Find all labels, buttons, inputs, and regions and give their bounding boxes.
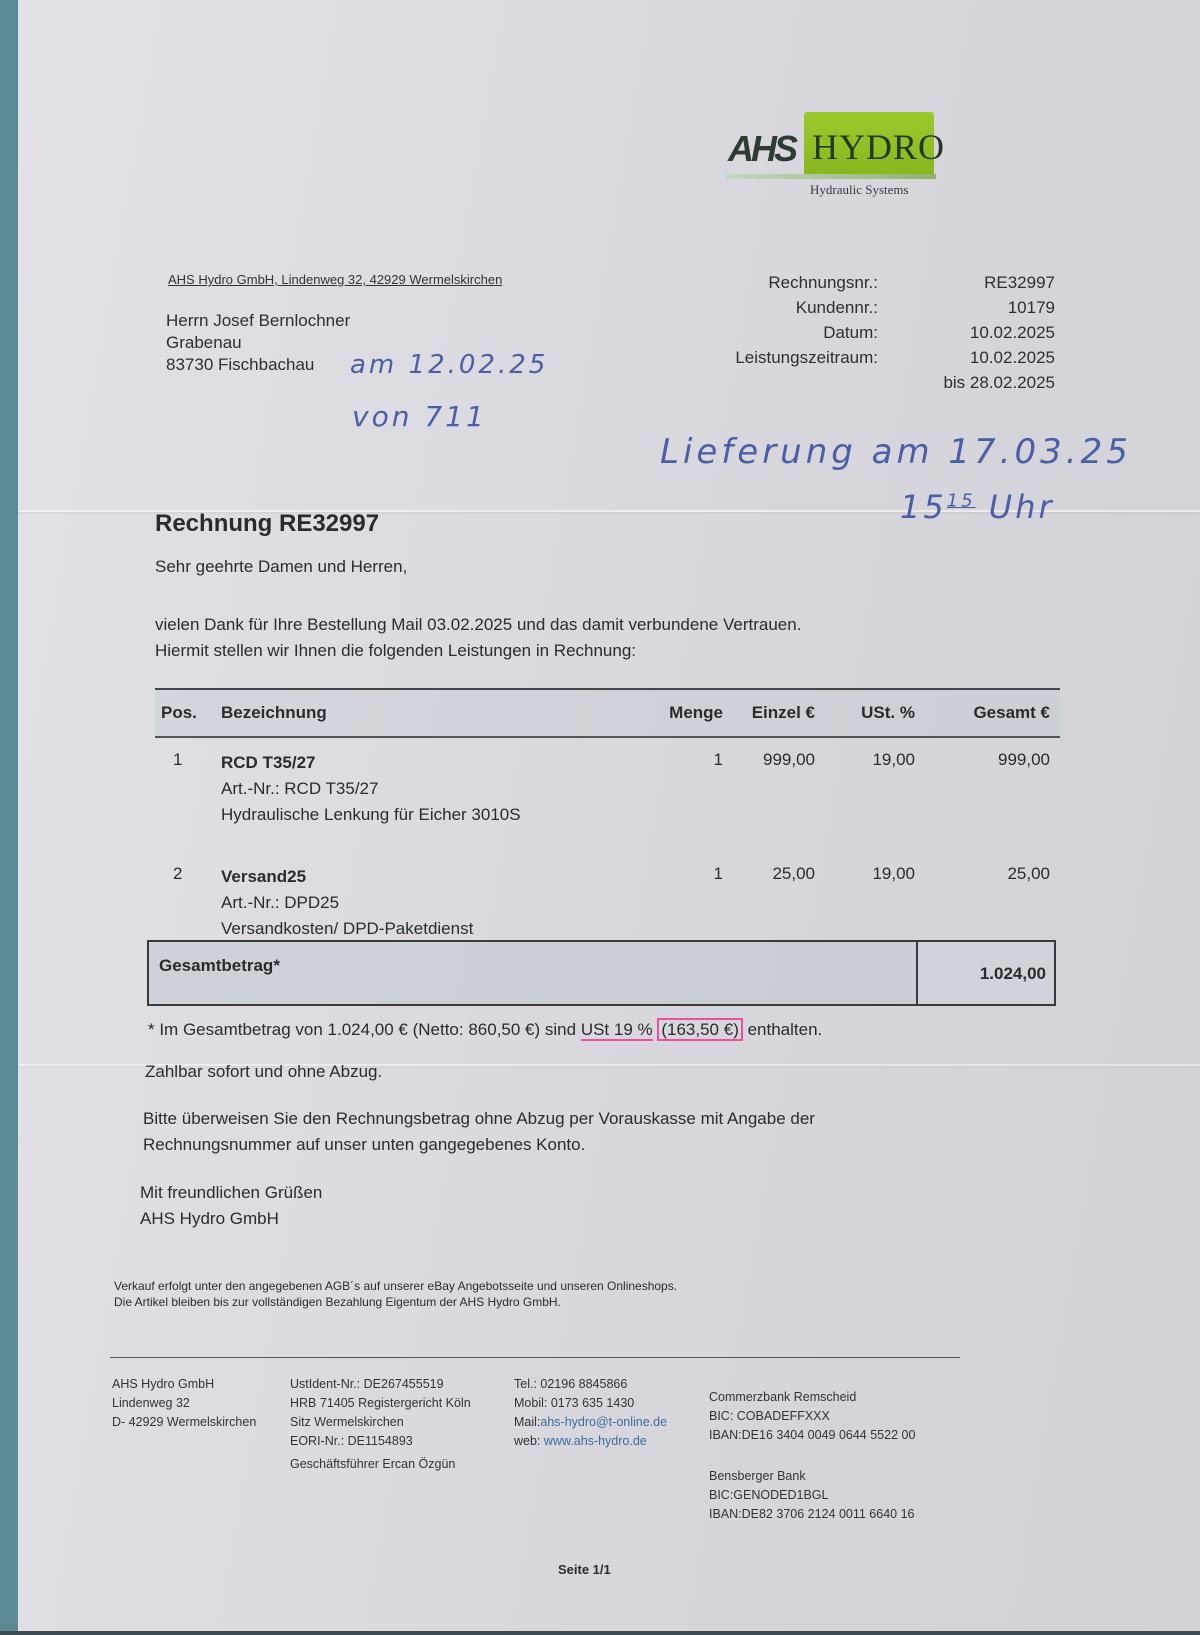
item-detail: Hydraulische Lenkung für Eicher 3010S	[221, 802, 643, 828]
cell-pos: 1	[155, 750, 221, 838]
cell-pos: 2	[155, 864, 221, 952]
header-ust: USt. %	[815, 703, 915, 723]
meta-value: 10179	[878, 295, 1055, 320]
footer-line: Sitz Wermelskirchen	[290, 1413, 471, 1432]
tax-note-suffix: enthalten.	[743, 1020, 822, 1039]
item-name: Versand25	[221, 864, 643, 890]
meta-row: bis 28.02.2025	[700, 370, 1055, 395]
recipient-city: 83730 Fischbachau	[166, 354, 350, 376]
web-label: web:	[514, 1434, 544, 1448]
recipient-address: Herrn Josef Bernlochner Grabenau 83730 F…	[166, 310, 350, 376]
item-name: RCD T35/27	[221, 750, 643, 776]
footer-line: Geschäftsführer Ercan Özgün	[290, 1455, 471, 1474]
meta-value: 10.02.2025	[878, 345, 1055, 370]
footer-line: IBAN:DE16 3404 0049 0644 5522 00	[709, 1426, 915, 1445]
intro-text: vielen Dank für Ihre Bestellung Mail 03.…	[155, 612, 801, 664]
time-suffix: Uhr	[989, 488, 1055, 526]
table-surface-edge	[0, 1631, 1200, 1635]
web-link[interactable]: www.ahs-hydro.de	[544, 1434, 647, 1448]
logo-tagline: Hydraulic Systems	[810, 182, 909, 198]
footer-address: AHS Hydro GmbH Lindenweg 32 D- 42929 Wer…	[112, 1375, 256, 1432]
footer-line: BIC: COBADEFFXXX	[709, 1407, 915, 1426]
header-gesamt: Gesamt €	[915, 703, 1060, 723]
footer-registration: UstIdent-Nr.: DE267455519 HRB 71405 Regi…	[290, 1375, 471, 1474]
time-minute: 15	[947, 490, 976, 511]
footer-line: EORI-Nr.: DE1154893	[290, 1432, 471, 1451]
table-row: 1 RCD T35/27 Art.-Nr.: RCD T35/27 Hydrau…	[155, 738, 1060, 838]
footer-line: UstIdent-Nr.: DE267455519	[290, 1375, 471, 1394]
handwritten-note-date: am 12.02.25	[350, 350, 548, 380]
footer-line: HRB 71405 Registergericht Köln	[290, 1394, 471, 1413]
terms-line: Verkauf erfolgt unter den angegebenen AG…	[114, 1278, 677, 1294]
cell-ust: 19,00	[815, 750, 915, 838]
cell-menge: 1	[643, 750, 723, 838]
tax-amount-highlight: (163,50 €)	[657, 1018, 743, 1041]
cell-einzel: 999,00	[723, 750, 815, 838]
handwritten-note-time: 1515 Uhr	[900, 488, 1055, 526]
meta-label: Kundennr.:	[700, 295, 878, 320]
sender-address-line: AHS Hydro GmbH, Lindenweg 32, 42929 Werm…	[168, 272, 502, 287]
recipient-name: Herrn Josef Bernlochner	[166, 310, 350, 332]
page-number: Seite 1/1	[558, 1562, 611, 1577]
footer-contact: Tel.: 02196 8845866 Mobil: 0173 635 1430…	[514, 1375, 667, 1451]
header-pos: Pos.	[155, 703, 221, 723]
total-value: 1.024,00	[916, 942, 1054, 1004]
closing-company: AHS Hydro GmbH	[140, 1206, 322, 1232]
payment-terms: Zahlbar sofort und ohne Abzug.	[145, 1062, 382, 1082]
cell-gesamt: 999,00	[915, 750, 1060, 838]
meta-value: 10.02.2025	[878, 320, 1055, 345]
meta-value: bis 28.02.2025	[878, 370, 1055, 395]
item-art-nr: Art.-Nr.: DPD25	[221, 890, 643, 916]
footer-tel: Tel.: 02196 8845866	[514, 1375, 667, 1394]
handwritten-note-from: von 711	[352, 400, 487, 433]
payment-line: Rechnungsnummer auf unser unten gangegeb…	[143, 1132, 815, 1158]
company-logo: AHS HYDRO Hydraulic Systems	[726, 112, 936, 198]
footer-bank: Commerzbank Remscheid BIC: COBADEFFXXX I…	[709, 1388, 915, 1524]
meta-row: Rechnungsnr.:RE32997	[700, 270, 1055, 295]
logo-brand: HYDRO	[812, 126, 945, 168]
payment-instructions: Bitte überweisen Sie den Rechnungsbetrag…	[143, 1106, 815, 1158]
cell-gesamt: 25,00	[915, 864, 1060, 952]
item-art-nr: Art.-Nr.: RCD T35/27	[221, 776, 643, 802]
payment-line: Bitte überweisen Sie den Rechnungsbetrag…	[143, 1106, 815, 1132]
footer-mobil: Mobil: 0173 635 1430	[514, 1394, 667, 1413]
mail-label: Mail:	[514, 1415, 540, 1429]
total-box: Gesamtbetrag* 1.024,00	[147, 940, 1056, 1006]
header-desc: Bezeichnung	[221, 703, 643, 723]
footer-divider	[110, 1357, 960, 1358]
invoice-title: Rechnung RE32997	[155, 510, 379, 538]
table-row: 2 Versand25 Art.-Nr.: DPD25 Versandkoste…	[155, 852, 1060, 952]
closing-salutation: Mit freundlichen Grüßen	[140, 1180, 322, 1206]
footer-line: AHS Hydro GmbH	[112, 1375, 256, 1394]
greeting: Sehr geehrte Damen und Herren,	[155, 557, 407, 577]
meta-label	[700, 370, 878, 395]
table-header: Pos. Bezeichnung Menge Einzel € USt. % G…	[155, 688, 1060, 738]
header-menge: Menge	[643, 703, 723, 723]
footer-web: web: www.ahs-hydro.de	[514, 1432, 667, 1451]
recipient-street: Grabenau	[166, 332, 350, 354]
footer-line: Lindenweg 32	[112, 1394, 256, 1413]
footer-line: Bensberger Bank	[709, 1467, 915, 1486]
footer-mail: Mail:ahs-hydro@t-online.de	[514, 1413, 667, 1432]
footer-line: BIC:GENODED1BGL	[709, 1486, 915, 1505]
logo-underline	[726, 174, 936, 179]
logo-mark: AHS	[728, 128, 795, 170]
tax-rate-highlight: USt 19 %	[581, 1020, 653, 1041]
cell-einzel: 25,00	[723, 864, 815, 952]
terms-line: Die Artikel bleiben bis zur vollständige…	[114, 1294, 677, 1310]
meta-row: Datum:10.02.2025	[700, 320, 1055, 345]
meta-value: RE32997	[878, 270, 1055, 295]
tax-note-prefix: * Im Gesamtbetrag von 1.024,00 € (Netto:…	[148, 1020, 581, 1039]
terms-note: Verkauf erfolgt unter den angegebenen AG…	[114, 1278, 677, 1310]
intro-line: Hiermit stellen wir Ihnen die folgenden …	[155, 638, 801, 664]
intro-line: vielen Dank für Ihre Bestellung Mail 03.…	[155, 612, 801, 638]
line-items-table: Pos. Bezeichnung Menge Einzel € USt. % G…	[155, 688, 1060, 952]
handwritten-note-delivery: Lieferung am 17.03.25	[660, 432, 1132, 472]
closing: Mit freundlichen Grüßen AHS Hydro GmbH	[140, 1180, 322, 1232]
meta-label: Rechnungsnr.:	[700, 270, 878, 295]
spacer	[709, 1445, 915, 1467]
mail-link[interactable]: ahs-hydro@t-online.de	[540, 1415, 667, 1429]
invoice-meta: Rechnungsnr.:RE32997 Kundennr.:10179 Dat…	[700, 270, 1055, 395]
cell-desc: Versand25 Art.-Nr.: DPD25 Versandkosten/…	[221, 864, 643, 952]
total-label: Gesamtbetrag*	[149, 942, 916, 1004]
meta-row: Kundennr.:10179	[700, 295, 1055, 320]
item-detail: Versandkosten/ DPD-Paketdienst	[221, 916, 643, 942]
time-hour: 15	[900, 488, 947, 526]
footer-line: IBAN:DE82 3706 2124 0011 6640 16	[709, 1505, 915, 1524]
meta-label: Leistungszeitraum:	[700, 345, 878, 370]
tax-note: * Im Gesamtbetrag von 1.024,00 € (Netto:…	[148, 1020, 822, 1040]
cell-desc: RCD T35/27 Art.-Nr.: RCD T35/27 Hydrauli…	[221, 750, 643, 838]
meta-row: Leistungszeitraum:10.02.2025	[700, 345, 1055, 370]
footer-line: D- 42929 Wermelskirchen	[112, 1413, 256, 1432]
header-einzel: Einzel €	[723, 703, 815, 723]
meta-label: Datum:	[700, 320, 878, 345]
cell-menge: 1	[643, 864, 723, 952]
footer-line: Commerzbank Remscheid	[709, 1388, 915, 1407]
cell-ust: 19,00	[815, 864, 915, 952]
